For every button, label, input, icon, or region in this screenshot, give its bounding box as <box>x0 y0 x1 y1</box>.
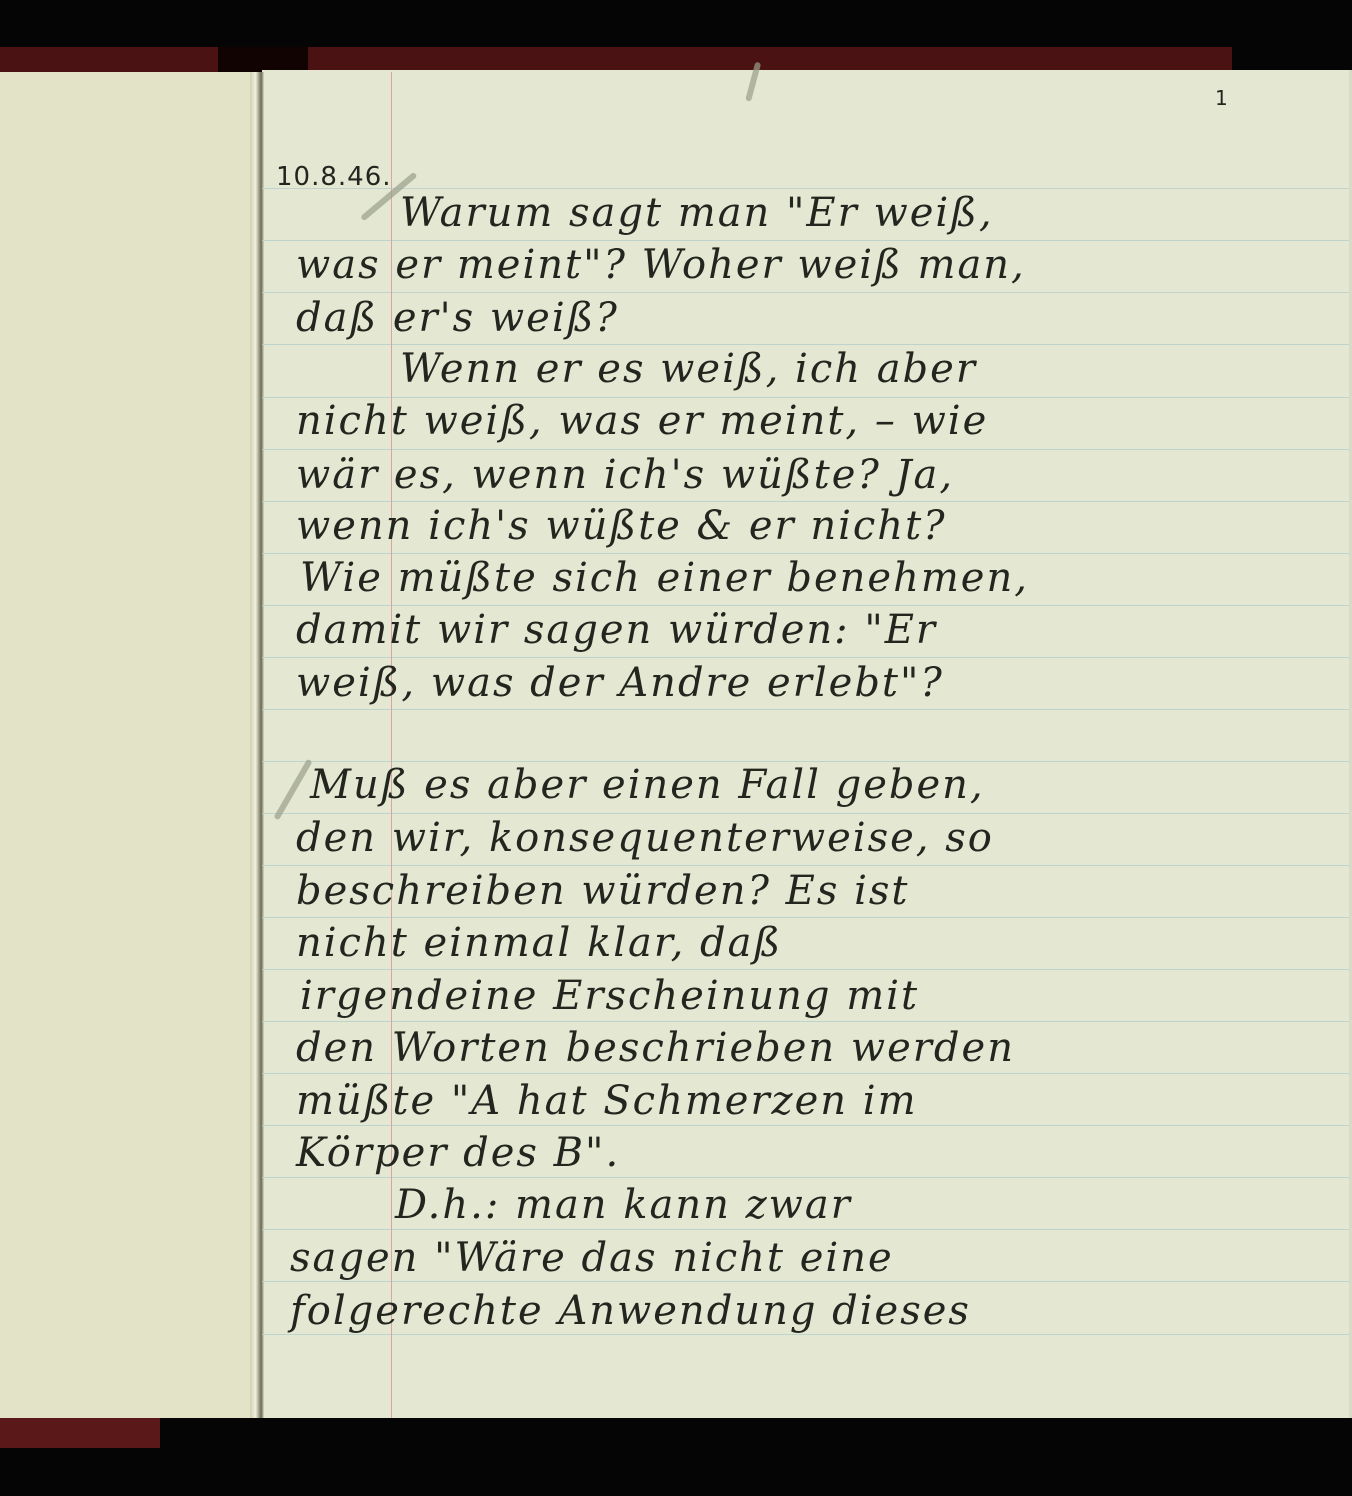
gutter <box>250 72 264 1418</box>
manuscript-line: daß er's weiß? <box>296 295 619 341</box>
manuscript-line: folgerechte Anwendung dieses <box>290 1288 971 1334</box>
manuscript-line: nicht weiß, was er meint, – wie <box>296 398 988 444</box>
ruled-line <box>262 969 1349 970</box>
manuscript-line: Körper des B". <box>296 1130 620 1176</box>
ruled-line <box>262 1021 1349 1022</box>
ruled-line <box>262 605 1349 606</box>
manuscript-line: wenn ich's wüßte & er nicht? <box>296 503 947 549</box>
binding-bottom <box>0 1418 160 1448</box>
manuscript-line: müßte "A hat Schmerzen im <box>296 1078 918 1124</box>
ruled-line <box>262 1229 1349 1230</box>
manuscript-line: den wir, konsequenterweise, so <box>296 815 994 861</box>
manuscript-line: Wie müßte sich einer benehmen, <box>300 555 1029 601</box>
manuscript-line: damit wir sagen würden: "Er <box>296 607 937 653</box>
line-text: daß er's weiß? <box>296 295 619 341</box>
ruled-line <box>262 1334 1349 1335</box>
manuscript-line: was er meint"? Woher weiß man, <box>296 242 1026 288</box>
ruled-line <box>262 917 1349 918</box>
ruled-line <box>262 865 1349 866</box>
ruled-line <box>262 709 1349 710</box>
ruled-line <box>262 188 1349 189</box>
manuscript-line: irgendeine Erscheinung mit <box>300 973 919 1019</box>
manuscript-line: Muß es aber einen Fall geben, <box>310 762 985 808</box>
left-page <box>0 72 252 1418</box>
ruled-line <box>262 813 1349 814</box>
manuscript-line: beschreiben würden? Es ist <box>296 868 909 914</box>
ruled-line <box>262 344 1349 345</box>
ruled-line <box>262 240 1349 241</box>
ruled-line <box>262 553 1349 554</box>
manuscript-line: nicht einmal klar, daß <box>296 920 782 966</box>
manuscript-line: sagen "Wäre das nicht eine <box>290 1235 894 1281</box>
ruled-line <box>262 292 1349 293</box>
ruled-line <box>262 1125 1349 1126</box>
manuscript-line: den Worten beschrieben werden <box>296 1025 1015 1071</box>
ruled-line <box>262 657 1349 658</box>
ruled-line <box>262 1281 1349 1282</box>
page-number: 1 <box>1215 86 1230 110</box>
manuscript-line: Warum sagt man "Er weiß, <box>400 190 994 236</box>
ruled-line <box>262 501 1349 502</box>
ruled-line <box>262 1177 1349 1178</box>
manuscript-line: weiß, was der Andre erlebt"? <box>296 660 944 706</box>
entry-date: 10.8.46. <box>276 162 392 192</box>
manuscript-line: wär es, wenn ich's wüßte? Ja, <box>296 452 954 498</box>
ruled-line <box>262 449 1349 450</box>
manuscript-line: Wenn er es weiß, ich aber <box>400 346 977 392</box>
ruled-line <box>262 1073 1349 1074</box>
manuscript-line: D.h.: man kann zwar <box>395 1182 852 1228</box>
